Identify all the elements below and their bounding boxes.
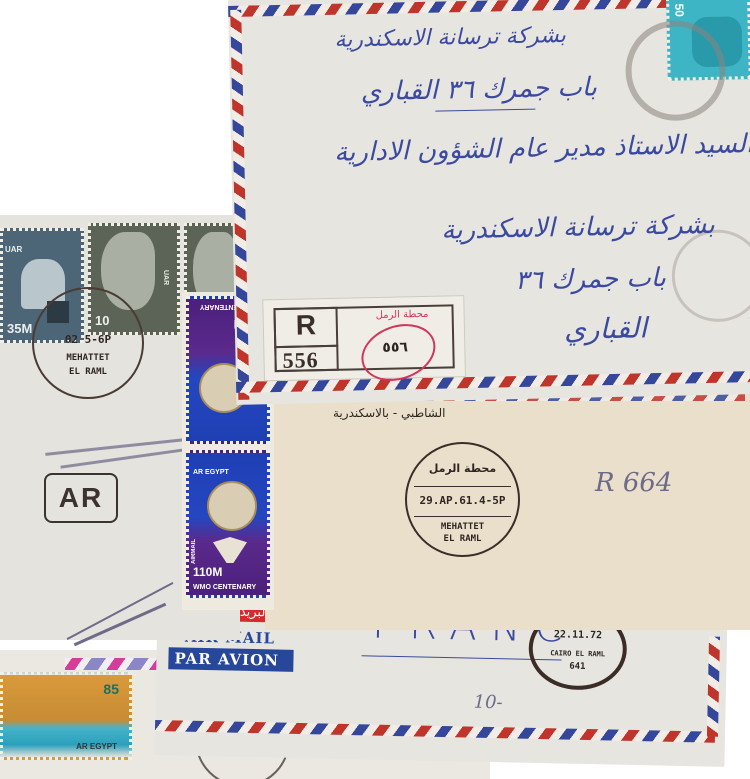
address-line-3: السيد الاستاذ مدير عام الشؤون الادارية: [334, 129, 750, 168]
registration-number: 556: [282, 347, 319, 374]
postmark-arabic: محطة الرمل: [407, 462, 518, 475]
address-line-1: بشركة ترسانة الاسكندرية: [334, 23, 566, 53]
postmark-divider: [414, 516, 512, 517]
stamp-label: UAR: [162, 270, 169, 285]
stamp-type: AIRMAIL: [191, 539, 197, 564]
stamp-value: 110M: [193, 565, 222, 579]
postmark-city-line2: EL RAML: [407, 534, 518, 544]
postmark-date: 22.11.72: [533, 629, 623, 642]
middle-envelope: الشاطبي - بالاسكندرية محطة الرمل 29.AP.6…: [265, 390, 750, 630]
pencil-price: 10-: [473, 692, 502, 714]
address-line-4: بشركة ترسانة الاسكندرية: [441, 210, 715, 246]
smudged-postmark: [625, 20, 727, 122]
airmail-border-right: [707, 637, 720, 737]
sender-line: الشاطبي - بالاسكندرية: [333, 406, 446, 420]
pencil-note: R 664: [595, 468, 672, 498]
pencil-scribble: [45, 437, 194, 456]
registration-letter: R: [295, 309, 316, 341]
un-emblem-icon: [207, 481, 257, 531]
postmark-city: CAIRO EL RAML: [533, 649, 623, 659]
stamp-value: 85: [103, 681, 119, 697]
ar-stamp-text: AR: [59, 482, 103, 513]
registration-office-arabic: محطة الرمل: [376, 309, 429, 321]
stamp-value: 35M: [7, 321, 32, 336]
pyramids-stamp: 85 AR EGYPT: [0, 672, 132, 760]
postmark-code: 641: [532, 661, 622, 673]
airmail-label-french: PAR AVION: [168, 647, 293, 672]
registration-number-arabic: ٥٥٦: [382, 339, 408, 356]
postmark-city-line2: EL RAML: [34, 367, 142, 377]
airmail-border-bottom: [155, 720, 715, 743]
postmark-divider: [414, 486, 512, 487]
postmark-date: 29.AP.61.4-5P: [407, 494, 518, 507]
faint-postmark: [671, 229, 750, 323]
pink-airmail-border: [65, 658, 160, 670]
postmark-city-line1: MEHATTET: [34, 353, 142, 363]
postmark-city-line1: MEHATTET: [407, 522, 518, 532]
stamp-country: AR EGYPT: [193, 469, 229, 476]
stamp-country: AR EGYPT: [76, 742, 117, 751]
registration-label: R 556 محطة الرمل ٥٥٦: [262, 295, 466, 381]
top-envelope: 50 بشركة ترسانة الاسكندرية باب جمرك ٣٦ ا…: [228, 0, 750, 405]
pencil-scribble: [67, 582, 174, 640]
address-line-6: القباري: [564, 311, 648, 346]
weather-instruments-icon: [213, 537, 247, 563]
address-line-2: باب جمرك ٣٦ القباري: [360, 72, 597, 107]
stamp-value: 50: [672, 3, 686, 17]
address-underline: [435, 109, 535, 112]
stamp-label: UAR: [5, 245, 22, 254]
stamp-caption: WMO CENTENARY: [193, 584, 256, 591]
wmo-stamp-lower: AR EGYPT AIRMAIL 110M WMO CENTENARY: [186, 450, 270, 598]
ar-stamp: AR: [44, 473, 118, 523]
postmark-date: 02 5-6P: [34, 333, 142, 346]
mehattet-postmark-left: 02 5-6P MEHATTET EL RAML: [32, 287, 144, 399]
address-line-5: باب جمرك ٣٦: [515, 263, 667, 296]
mehattet-postmark-middle: محطة الرمل 29.AP.61.4-5P MEHATTET EL RAM…: [405, 442, 520, 557]
